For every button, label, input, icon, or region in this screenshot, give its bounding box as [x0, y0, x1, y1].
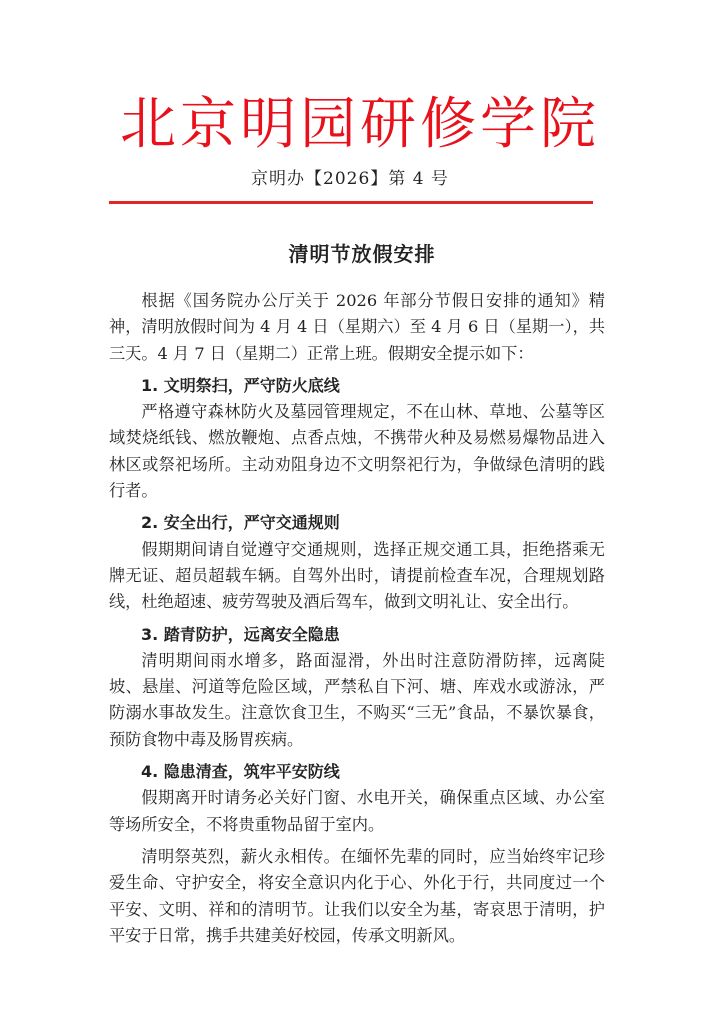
section-body-2: 假期期间请自觉遵守交通规则，选择正规交通工具，拒绝搭乘无牌无证、超员超载车辆。自…: [109, 537, 605, 616]
notice-body: 根据《国务院办公厅关于 2026 年部分节假日安排的通知》精神，清明放假时间为 …: [109, 288, 605, 949]
red-divider: [109, 201, 593, 204]
section-heading-3: 3. 踏青防护，远离安全隐患: [109, 622, 605, 648]
section-heading-4: 4. 隐患清查，筑牢平安防线: [109, 759, 605, 785]
section-body-3: 清明期间雨水增多，路面湿滑，外出时注意防滑防摔，远离陡坡、悬崖、河道等危险区域，…: [109, 648, 605, 753]
organization-title: 北京明园研修学院: [105, 92, 615, 158]
intro-paragraph: 根据《国务院办公厅关于 2026 年部分节假日安排的通知》精神，清明放假时间为 …: [109, 288, 605, 367]
notice-title: 清明节放假安排: [0, 240, 724, 268]
document-page: 北京明园研修学院 京明办【2026】第 4 号 清明节放假安排 根据《国务院办公…: [0, 0, 724, 1024]
section-heading-2: 2. 安全出行，严守交通规则: [109, 510, 605, 536]
section-heading-1: 1. 文明祭扫，严守防火底线: [109, 373, 605, 399]
section-body-4: 假期离开时请务必关好门窗、水电开关，确保重点区域、办公室等场所安全，不将贵重物品…: [109, 785, 605, 838]
closing-paragraph: 清明祭英烈，薪火永相传。在缅怀先辈的同时，应当始终牢记珍爱生命、守护安全，将安全…: [109, 844, 605, 949]
document-number: 京明办【2026】第 4 号: [0, 168, 700, 190]
section-body-1: 严格遵守森林防火及墓园管理规定，不在山林、草地、公墓等区域焚烧纸钱、燃放鞭炮、点…: [109, 399, 605, 504]
